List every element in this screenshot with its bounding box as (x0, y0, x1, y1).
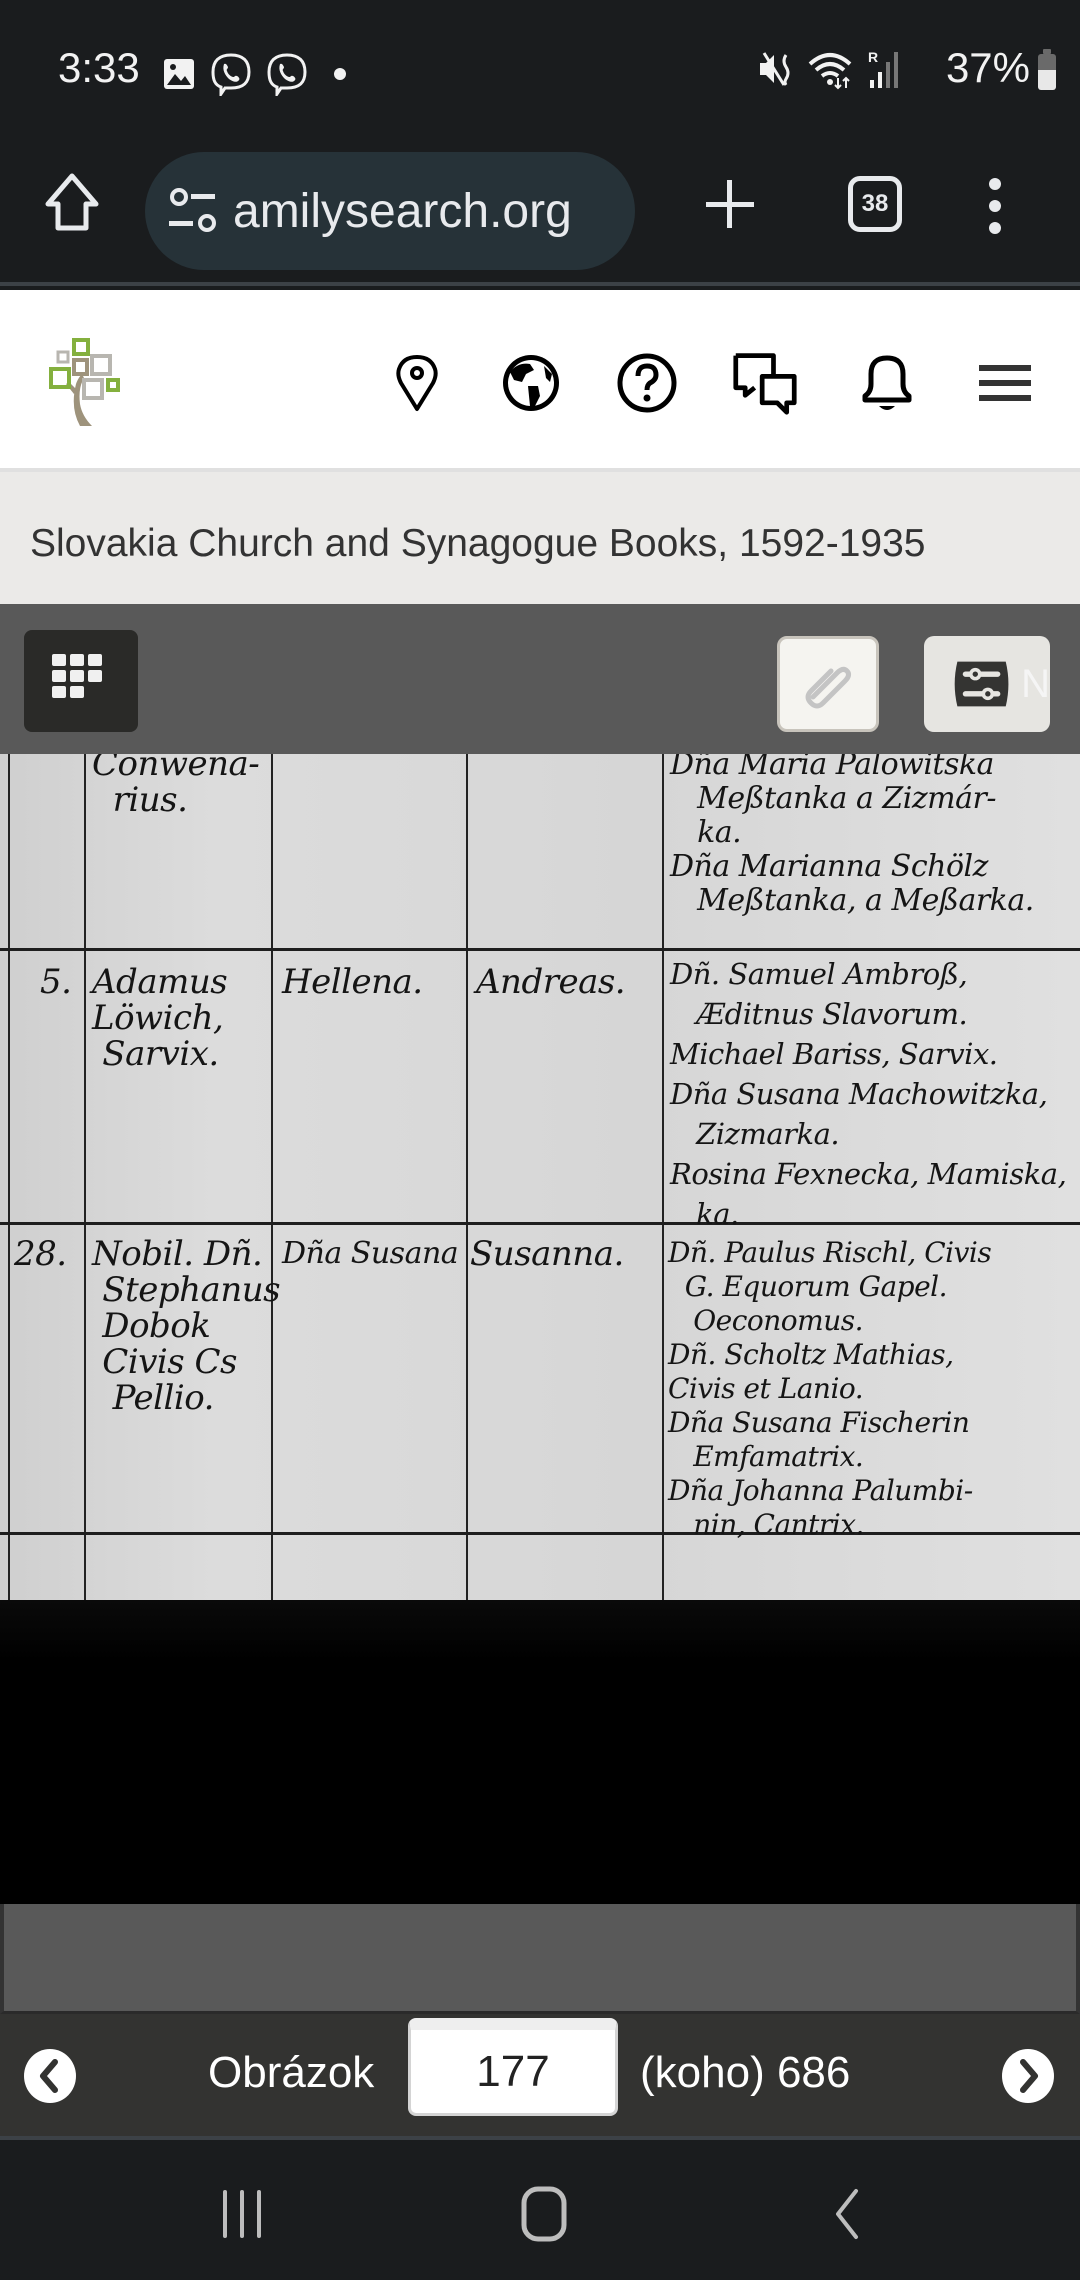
grid-view-button[interactable] (24, 630, 138, 732)
browser-home-button[interactable] (42, 170, 102, 236)
grid-icon (52, 654, 66, 666)
home-icon (42, 170, 102, 236)
grid-icon (70, 654, 84, 666)
viber-icon (266, 52, 308, 96)
chevron-right-icon (1013, 2058, 1043, 2094)
roaming-signal-icon: R (864, 48, 904, 90)
filmstrip-panel[interactable] (0, 1904, 1080, 2014)
adjust-label: N (1021, 662, 1050, 707)
mother-cell: Hellena. (282, 964, 423, 1000)
status-time: 3:33 (58, 44, 140, 92)
recents-button[interactable] (212, 2184, 272, 2244)
mute-vibrate-icon (756, 49, 796, 89)
column-line (466, 754, 468, 1600)
column-line (662, 754, 664, 1600)
site-header (0, 290, 1080, 468)
language-button[interactable] (498, 350, 564, 416)
familysearch-logo[interactable] (48, 338, 124, 428)
paperclip-icon (801, 657, 855, 711)
svg-text:R: R (868, 49, 878, 65)
image-pager: Obrázok (koho) 686 (0, 2014, 1080, 2136)
recents-icon (217, 2188, 267, 2240)
home-button[interactable] (514, 2184, 574, 2244)
child-cell: Susanna. (470, 1236, 624, 1272)
system-icons: R (756, 48, 904, 90)
godparents-cell: Dñ. Samuel Ambroß, Æditnus Slavorum. Mic… (670, 954, 1066, 1234)
image-viewer-toolbar: N (0, 604, 1080, 754)
location-button[interactable] (384, 350, 450, 416)
image-adjust-button[interactable]: N (924, 636, 1050, 732)
plus-icon (702, 176, 758, 232)
column-line (271, 754, 273, 1600)
hamburger-menu-icon (977, 361, 1033, 405)
address-bar[interactable]: amilysearch.org (145, 152, 635, 270)
battery-percent: 37% (946, 44, 1030, 92)
tree-logo-icon (48, 338, 124, 428)
viber-icon (210, 52, 252, 96)
godparents-cell: Dñ. Paulus Rischl, Civis G. Equorum Gape… (668, 1236, 991, 1542)
battery-icon (1038, 54, 1056, 90)
grid-icon (88, 670, 102, 682)
previous-image-button[interactable] (24, 2049, 76, 2103)
grid-icon (52, 670, 66, 682)
grid-icon (88, 654, 102, 666)
image-number-input[interactable] (408, 2018, 618, 2116)
scan-border (0, 1600, 1080, 1904)
next-image-button[interactable] (1002, 2049, 1054, 2103)
collection-title[interactable]: Slovakia Church and Synagogue Books, 159… (30, 522, 925, 566)
record-image-viewer[interactable]: Conwena- rius. Dña Maria Palowitska Meßt… (0, 754, 1080, 1904)
back-button[interactable] (816, 2184, 876, 2244)
site-settings-icon (165, 183, 221, 239)
status-bar: 3:33 R 37% (0, 0, 1080, 140)
help-icon (616, 352, 678, 414)
scanned-register-page: Conwena- rius. Dña Maria Palowitska Meßt… (0, 754, 1080, 1600)
image-total: (koho) 686 (640, 2048, 850, 2098)
messages-icon (732, 350, 798, 416)
back-icon (826, 2187, 866, 2241)
browser-toolbar: amilysearch.org 38 (0, 140, 1080, 286)
grid-icon (70, 686, 84, 698)
new-tab-button[interactable] (702, 176, 758, 232)
godparents-cell: Dña Maria Palowitska Meßtanka a Zizmár- … (670, 754, 1034, 918)
father-cell: Adamus Löwich, Sarvix. (92, 964, 227, 1072)
messages-button[interactable] (732, 350, 798, 416)
more-vert-icon (980, 176, 1010, 236)
entry-number: 28. (14, 1236, 67, 1272)
help-button[interactable] (614, 350, 680, 416)
android-navigation-bar (0, 2136, 1080, 2280)
collection-bar: Slovakia Church and Synagogue Books, 159… (0, 468, 1080, 604)
column-line (8, 754, 10, 1600)
sliders-icon (952, 657, 1011, 711)
tab-switcher-button[interactable]: 38 (848, 176, 902, 232)
notification-icons (162, 52, 352, 96)
home-circle-icon (519, 2186, 569, 2242)
dot-icon (322, 64, 352, 84)
father-cell: Nobil. Dñ. Stephanus Dobok Civis Cs Pell… (92, 1236, 280, 1416)
child-cell: Andreas. (476, 964, 625, 1000)
entry-number: 5. (40, 964, 71, 1000)
image-label: Obrázok (208, 2048, 374, 2098)
globe-icon (500, 352, 562, 414)
father-cell: Conwena- rius. (92, 754, 259, 818)
mother-cell: Dña Susana (282, 1236, 458, 1272)
gallery-icon (162, 57, 196, 91)
bell-icon (859, 352, 915, 414)
chevron-left-icon (35, 2058, 65, 2094)
notifications-button[interactable] (854, 350, 920, 416)
grid-icon (70, 670, 84, 682)
grid-icon (52, 686, 66, 698)
browser-menu-button[interactable] (980, 176, 1010, 236)
wifi-icon (806, 48, 854, 90)
url-text: amilysearch.org (233, 184, 572, 239)
attach-button[interactable] (777, 636, 879, 732)
row-line (0, 948, 1080, 951)
location-pin-icon (395, 353, 439, 413)
main-menu-button[interactable] (972, 350, 1038, 416)
column-line (84, 754, 86, 1600)
